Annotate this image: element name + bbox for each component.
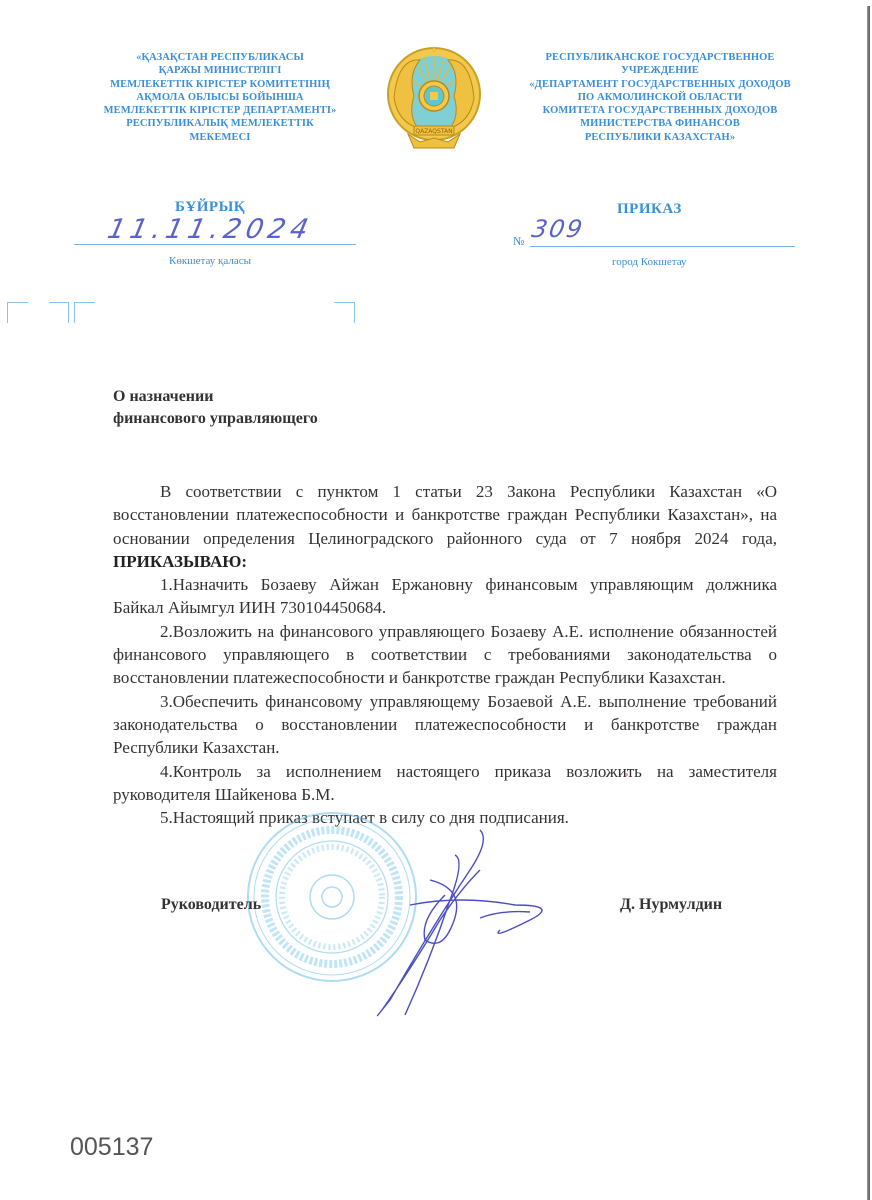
org-line: «ДЕПАРТАМЕНТ ГОСУДАРСТВЕННЫХ ДОХОДОВ [510, 78, 810, 91]
svg-text:QAZAQSTAN: QAZAQSTAN [415, 128, 452, 135]
document-body: В соответствии с пунктом 1 статьи 23 Зак… [113, 480, 777, 829]
org-line: «ҚАЗАҚСТАН РЕСПУБЛИКАСЫ [80, 51, 360, 64]
corner-mark [334, 302, 355, 323]
number-sign: № [513, 234, 524, 249]
handwritten-date: 11.11.2024 [105, 214, 316, 245]
serial-number: 005137 [70, 1133, 153, 1162]
org-line: УЧРЕЖДЕНИЕ [510, 64, 810, 77]
document-subject: О назначении финансового управляющего [113, 386, 318, 430]
city-kz: Көкшетау қаласы [169, 255, 251, 267]
org-line: РЕСПУБЛИКАНСКОЕ ГОСУДАРСТВЕННОЕ [510, 51, 810, 64]
org-line: МИНИСТЕРСТВА ФИНАНСОВ [510, 117, 810, 130]
order-item: 1.Назначить Бозаеву Айжан Ержановну фина… [113, 573, 777, 620]
corner-mark [74, 302, 95, 323]
org-line: МЕКЕМЕСІ [80, 131, 360, 144]
order-item: 4.Контроль за исполнением настоящего при… [113, 760, 777, 807]
signatory-title: Руководитель [161, 896, 261, 914]
org-line: МЕМЛЕКЕТТІК КІРІСТЕР КОМИТЕТІНІҢ [80, 78, 360, 91]
scan-edge [867, 6, 870, 1200]
order-item: 3.Обеспечить финансовому управляющему Бо… [113, 690, 777, 760]
signatory-name: Д. Нурмулдин [620, 896, 722, 914]
doc-type-ru: ПРИКАЗ [617, 201, 682, 218]
header-right-org: РЕСПУБЛИКАНСКОЕ ГОСУДАРСТВЕННОЕ УЧРЕЖДЕН… [510, 51, 810, 144]
city-ru: город Кокшетау [612, 256, 687, 268]
corner-mark [49, 302, 69, 323]
header-left-org: «ҚАЗАҚСТАН РЕСПУБЛИКАСЫ ҚАРЖЫ МИНИСТРЛІГ… [80, 51, 360, 144]
org-line: МЕМЛЕКЕТТІК КІРІСТЕР ДЕПАРТАМЕНТІ» [80, 104, 360, 117]
org-line: РЕСПУБЛИКИ КАЗАХСТАН» [510, 131, 810, 144]
order-word: ПРИКАЗЫВАЮ: [113, 552, 247, 571]
org-line: КОМИТЕТА ГОСУДАРСТВЕННЫХ ДОХОДОВ [510, 104, 810, 117]
handwritten-number: 309 [530, 215, 587, 243]
org-line: АҚМОЛА ОБЛЫСЫ БОЙЫНША [80, 91, 360, 104]
handwritten-signature-icon [330, 810, 570, 1030]
date-line [74, 244, 356, 245]
subject-line: финансового управляющего [113, 408, 318, 430]
preamble-paragraph: В соответствии с пунктом 1 статьи 23 Зак… [113, 480, 777, 573]
org-line: ПО АКМОЛИНСКОЙ ОБЛАСТИ [510, 91, 810, 104]
speck [625, 773, 628, 776]
preamble-text: В соответствии с пунктом 1 статьи 23 Зак… [113, 482, 777, 548]
subject-line: О назначении [113, 386, 318, 408]
org-line: ҚАРЖЫ МИНИСТРЛІГІ [80, 64, 360, 77]
corner-mark [7, 302, 28, 323]
org-line: РЕСПУБЛИКАЛЫҚ МЕМЛЕКЕТТІК [80, 117, 360, 130]
number-line [530, 246, 795, 247]
state-emblem-icon: QAZAQSTAN [384, 38, 484, 156]
order-item: 2.Возложить на финансового управляющего … [113, 620, 777, 690]
